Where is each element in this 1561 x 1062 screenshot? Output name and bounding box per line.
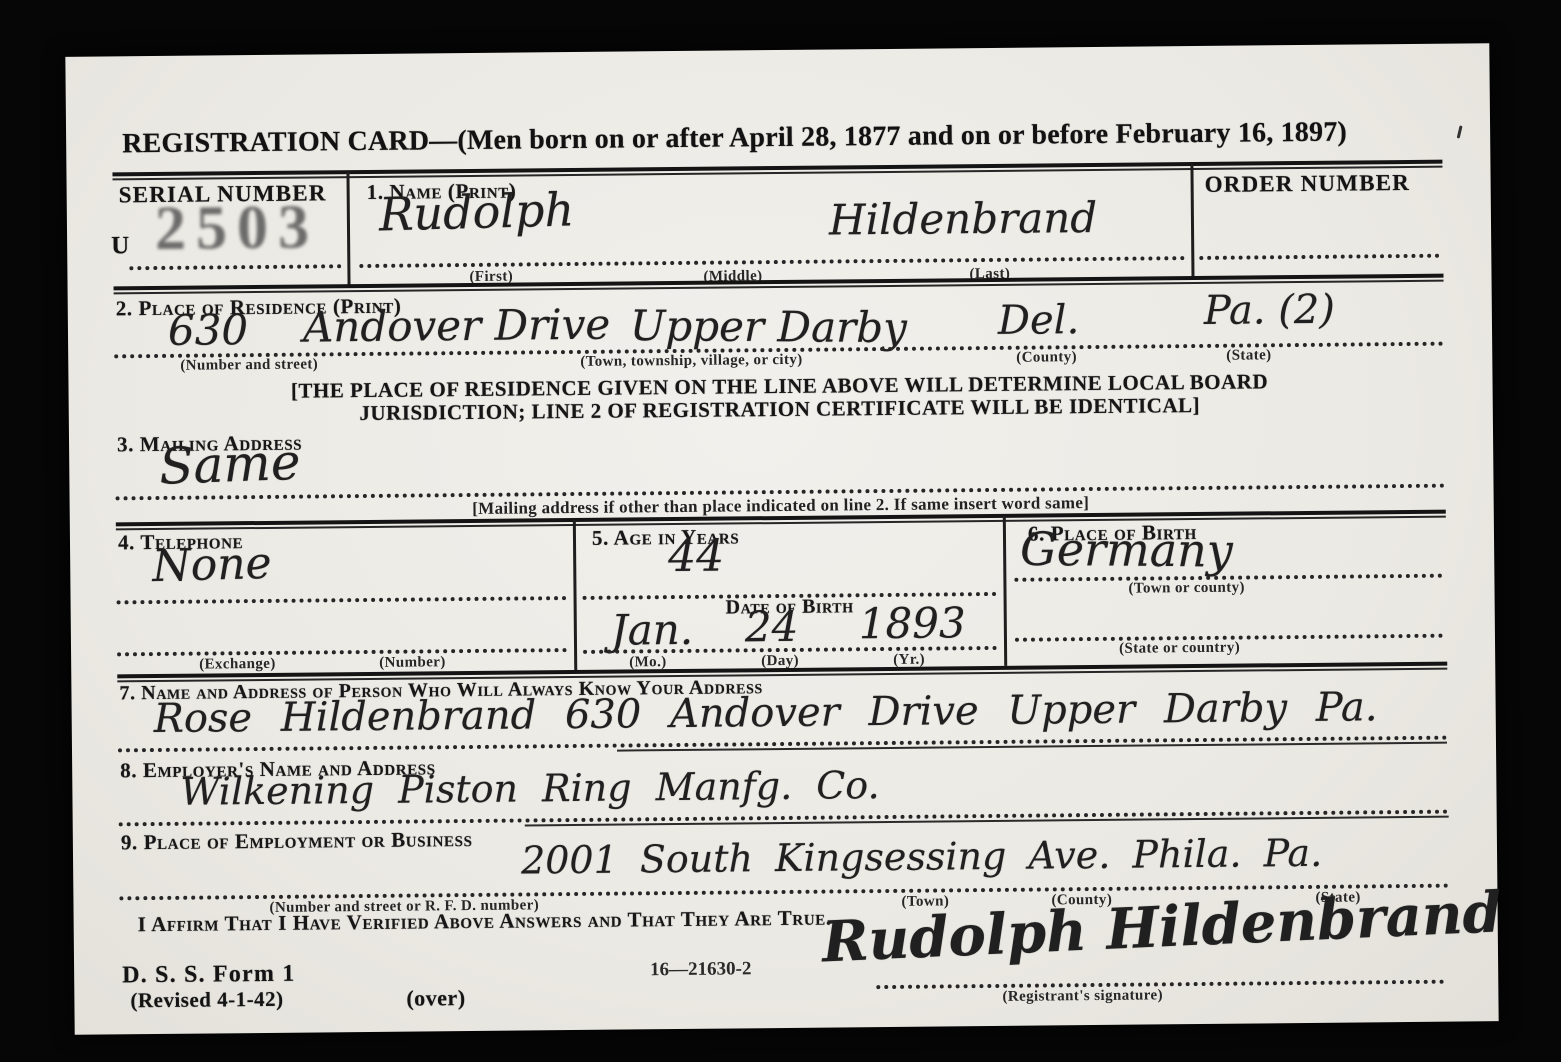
order-number-label: ORDER NUMBER xyxy=(1204,170,1410,198)
residence-sub-county: (County) xyxy=(1016,349,1077,367)
divider-tel-age xyxy=(573,520,577,670)
residence-sub-town: (Town, township, village, or city) xyxy=(580,352,803,371)
birth-value: Germany xyxy=(1020,522,1233,578)
card-title: REGISTRATION CARD—(Men born on or after … xyxy=(122,117,1347,161)
name-last-value: Hildenbrand xyxy=(829,193,1098,245)
registration-card: REGISTRATION CARD—(Men born on or after … xyxy=(65,43,1498,1035)
dob-month-value: Jan. xyxy=(611,605,694,655)
print-code: 16—21630-2 xyxy=(650,958,752,981)
residence-street-value: Andover Drive xyxy=(303,300,611,352)
scan-artifact xyxy=(1457,125,1463,138)
mailing-value: Same xyxy=(158,433,301,496)
residence-sub-number: (Number and street) xyxy=(180,356,318,374)
residence-county-value: Del. xyxy=(998,297,1080,344)
dob-day-value: 24 xyxy=(745,602,799,652)
residence-number-value: 630 xyxy=(168,305,249,355)
age-value: 44 xyxy=(668,531,724,583)
residence-state-value: Pa. (2) xyxy=(1204,287,1335,334)
signature-label: (Registrant's signature) xyxy=(1002,987,1163,1006)
scanned-page: REGISTRATION CARD—(Men born on or after … xyxy=(0,0,1561,1062)
employment-label: 9. Place of Employment or Business xyxy=(121,827,473,855)
over-note: (over) xyxy=(406,985,465,1012)
telephone-line2 xyxy=(117,648,567,656)
name-line xyxy=(359,256,1185,268)
serial-number-stamp: 2503 xyxy=(155,192,320,265)
affirmation-text: I Affirm That I Have Verified Above Answ… xyxy=(138,906,832,938)
form-number: D. S. S. Form 1 xyxy=(122,961,296,990)
telephone-sub-number: (Number) xyxy=(379,654,446,672)
name-first-value: Rudolph xyxy=(378,182,575,241)
telephone-sub-exchange: (Exchange) xyxy=(199,656,276,674)
birth-sub-state: (State or country) xyxy=(1119,640,1240,658)
serial-prefix: U xyxy=(111,232,131,260)
birth-sub-town: (Town or county) xyxy=(1128,580,1245,598)
employment-value: 2001 South Kingsessing Ave. Phila. Pa. xyxy=(521,831,1323,883)
divider-name-order xyxy=(1190,164,1194,278)
divider-age-birth xyxy=(1003,516,1007,666)
form-revision: (Revised 4-1-42) xyxy=(130,987,283,1013)
serial-line xyxy=(129,264,341,270)
telephone-line1 xyxy=(117,596,567,604)
residence-town-value: Upper Darby xyxy=(630,301,907,352)
divider-serial-name xyxy=(346,172,350,286)
residence-sub-state: (State) xyxy=(1226,347,1271,364)
telephone-value: None xyxy=(152,538,273,592)
employer-value: Wilkening Piston Ring Manfg. Co. xyxy=(180,763,880,814)
order-line xyxy=(1199,254,1439,260)
dob-year-value: 1893 xyxy=(859,598,966,648)
